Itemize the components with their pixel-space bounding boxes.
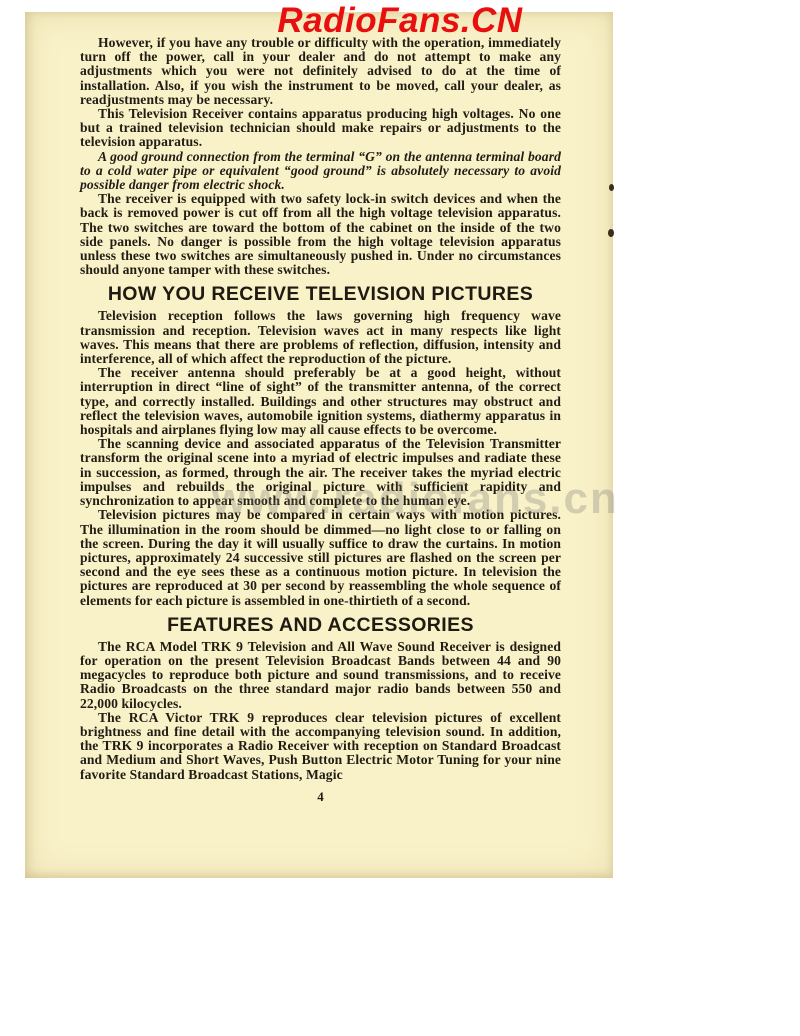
body-paragraph-high-voltage: This Television Receiver contains appara… — [80, 107, 561, 150]
scan-speck — [609, 184, 614, 191]
body-paragraph-trouble-warning: However, if you have any trouble or diff… — [80, 36, 561, 107]
body-paragraph-motion-pictures: Television pictures may be compared in c… — [80, 508, 561, 607]
scan-speck — [608, 229, 614, 237]
section-heading-how-you-receive: HOW YOU RECEIVE TELEVISION PICTURES — [80, 283, 561, 306]
body-paragraph-scanning-device: The scanning device and associated appar… — [80, 437, 561, 508]
body-paragraph-ground-warning: A good ground connection from the termin… — [80, 150, 561, 193]
section-heading-features: FEATURES AND ACCESSORIES — [80, 614, 561, 637]
body-paragraph-reception-laws: Television reception follows the laws go… — [80, 309, 561, 366]
body-paragraph-safety-switches: The receiver is equipped with two safety… — [80, 192, 561, 277]
body-paragraph-antenna: The receiver antenna should preferably b… — [80, 366, 561, 437]
body-paragraph-trk9-bands: The RCA Model TRK 9 Television and All W… — [80, 640, 561, 711]
page-content: However, if you have any trouble or diff… — [25, 12, 613, 805]
scan-page: However, if you have any trouble or diff… — [25, 12, 613, 878]
scanned-manual-image: RadioFans.CN However, if you have any tr… — [0, 0, 800, 1036]
body-paragraph-trk9-radio: The RCA Victor TRK 9 reproduces clear te… — [80, 711, 561, 782]
page-number: 4 — [80, 789, 561, 805]
